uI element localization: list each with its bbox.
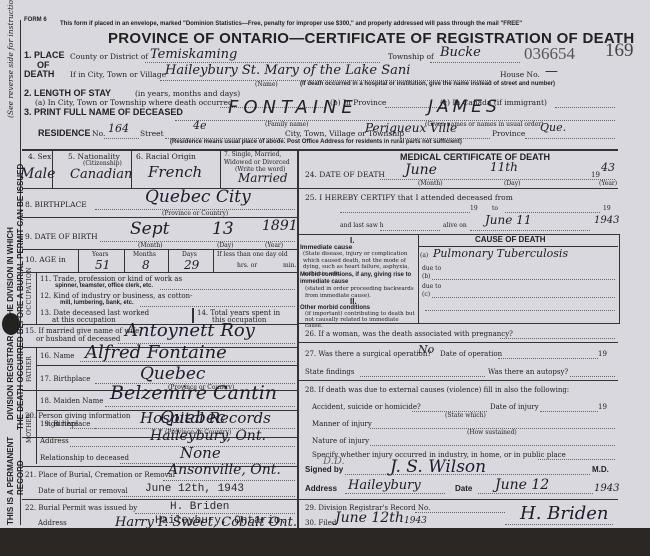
birthplace-caption: (Province or Country) — [162, 210, 228, 217]
given-names-value: JAMES — [428, 97, 501, 117]
age-years-value: 51 — [95, 258, 110, 272]
spouse-value: Antoynett Roy — [125, 320, 255, 341]
burial-place-label: 21. Place of Burial, Cremation or Remova… — [25, 471, 175, 479]
city-value: Haileybury St. Mary of the Lake Sani — [165, 63, 410, 78]
stamp-number: 169 — [605, 40, 634, 62]
city-label: If in City, Town or Village — [70, 70, 166, 79]
family-name-value: FONTAINE — [228, 97, 358, 118]
place-death-label: DEATH — [24, 69, 54, 79]
house-value: — — [545, 64, 558, 79]
industry-sub: mill, lumbering, bank, etc. — [60, 300, 134, 306]
physician-address-label: Address — [305, 484, 337, 493]
burial-place-value: Ansonville, Ont. — [168, 462, 281, 478]
signed-date-label: Date — [455, 484, 472, 493]
due-to-1: due to — [422, 265, 441, 272]
surgery-label: 27. Was there a surgical operation? — [305, 350, 431, 358]
residence-no-label: No. — [92, 129, 105, 138]
permanent-record-line1: THIS IS A PERMANENT — [6, 437, 15, 525]
burial-permit-label: 22. Burial Permit was issued by — [25, 504, 137, 512]
trade-label: 11. Trade, profession or kind of work as — [40, 275, 182, 283]
signed-date-value: June 12 — [495, 477, 549, 493]
dob-day-value: 13 — [212, 219, 234, 239]
sex-value: Male — [20, 166, 55, 182]
occupation-section-label: OCCUPATION — [26, 267, 33, 315]
dob-label: 9. DATE OF BIRTH — [25, 232, 98, 241]
age-years-label: Years — [92, 251, 109, 258]
alive-on-value: June 11 — [485, 213, 531, 227]
father-birthplace-value: Quebec — [140, 364, 205, 384]
operation-year-prefix: 19 — [598, 350, 607, 358]
autopsy-label: Was there an autopsy? — [488, 368, 568, 376]
external-causes-label: 28. If death was due to external causes … — [305, 386, 569, 394]
relationship-value: None — [180, 444, 221, 462]
other-conditions-desc: (if important) contributing to death but… — [305, 311, 417, 329]
racial-origin-value: French — [148, 163, 202, 181]
filed-label: 30. Filed — [305, 519, 336, 527]
residence-city-value: Perigueux Ville — [365, 121, 457, 135]
dob-year-caption: (Year) — [265, 242, 283, 249]
burial-date-label: Date of burial or removal — [38, 487, 128, 495]
mail-notice: This form if placed in an envelope, mark… — [60, 21, 522, 27]
age-months-label: Months — [133, 251, 156, 258]
nature-label: Nature of injury — [312, 437, 369, 445]
residence-label: RESIDENCE — [38, 128, 91, 138]
surgery-value: No — [418, 343, 434, 356]
filed-value: June 12th — [335, 510, 404, 526]
accident-label: Accident, suicide or homicide? — [312, 403, 421, 411]
father-name-value: Alfred Fontaine — [85, 342, 227, 363]
injury-year-prefix: 19 — [598, 403, 607, 411]
form-number: FORM 6 — [24, 17, 47, 23]
immediate-cause-value: Pulmonary Tuberculosis — [433, 247, 568, 260]
dod-month-caption: (Month) — [418, 180, 443, 187]
certificate-number: 036654 — [524, 44, 575, 64]
length-of-stay-label: 2. LENGTH OF STAY — [24, 88, 111, 98]
signed-by-label: Signed by — [305, 465, 343, 474]
less-than-day-label: If less than one day old — [217, 251, 288, 258]
filed-year: 1943 — [404, 516, 427, 526]
binder-hole — [2, 313, 20, 335]
certify-label: 25. I HEREBY CERTIFY that I attended dec… — [305, 193, 513, 202]
age-months-value: 8 — [142, 258, 150, 272]
township-label: Township of — [388, 52, 434, 61]
stay-a-label: (a) In City, Town or Township where deat… — [35, 98, 233, 107]
date-worked-sub: at this occupation — [52, 316, 116, 324]
due-to-2: due to — [422, 283, 441, 290]
signed-by-value: J. S. Wilson — [390, 457, 486, 477]
racial-origin-label: 6. Racial Origin — [136, 152, 196, 161]
hrs-label: hrs. or — [237, 262, 257, 269]
morbid-conditions-desc: (stated in order proceeding backwards fr… — [305, 286, 415, 299]
dod-day-value: 11th — [490, 160, 518, 174]
relationship-label: Relationship to deceased — [40, 454, 129, 462]
undertaker-value: Harry P. Sweet, Cobalt Ont. — [115, 515, 297, 530]
cause-of-death-title: CAUSE OF DEATH — [475, 235, 546, 244]
column-divider — [297, 150, 299, 528]
name-caption: (Name) — [255, 81, 278, 88]
industry-label: 12. Kind of industry or business, as cot… — [40, 292, 192, 300]
burial-permit-value: H. Briden — [170, 501, 229, 513]
date-of-death-label: 24. DATE OF DEATH — [305, 170, 385, 179]
informant-label: 20. Person giving information — [25, 412, 130, 420]
alive-on-year: 1943 — [594, 215, 619, 226]
informant-sub: sign here — [45, 420, 78, 428]
medical-certificate-title: MEDICAL CERTIFICATE OF DEATH — [400, 152, 550, 162]
dod-day-caption: (Day) — [504, 180, 520, 187]
min-label: min. — [283, 262, 296, 269]
certify-19-b: 19 — [603, 205, 611, 212]
alive-on-label: alive on — [443, 222, 467, 229]
county-label: County or District of — [70, 52, 148, 61]
informant-value: Hospital Records — [140, 409, 271, 427]
mother-maiden-value: Belzemire Cantin — [110, 382, 277, 404]
sex-label: 4. Sex — [28, 152, 51, 161]
md-label: M.D. — [592, 465, 609, 474]
father-name-label: 16. Name — [40, 352, 74, 360]
house-label: House No. — [500, 70, 540, 79]
dod-year-value: 43 — [601, 161, 615, 174]
death-certificate: (See reverse side for instructions) THIS… — [0, 0, 650, 530]
street-label: Street — [140, 129, 164, 138]
informant-address-label: Address — [40, 437, 69, 445]
trade-sub: spinner, teamster, office clerk, etc. — [55, 283, 153, 289]
mother-maiden-label: 18. Maiden Name — [40, 397, 103, 405]
full-name-label: 3. PRINT FULL NAME OF DECEASED — [24, 107, 183, 117]
injury-date-label: Date of injury — [490, 403, 539, 411]
manner-label: Manner of injury — [312, 420, 372, 428]
residence-note: (Residence means usual place of abode. P… — [170, 139, 462, 145]
county-value: Temiskaming — [150, 47, 237, 62]
burial-date-value: June 12th, 1943 — [145, 483, 244, 495]
operation-date-label: Date of operation — [440, 350, 502, 358]
dob-day-caption: (Day) — [217, 242, 233, 249]
spouse-label: 15. If married give name of wife — [25, 327, 139, 335]
dob-month-value: Sept — [130, 219, 169, 239]
signed-date-year: 1943 — [594, 483, 619, 494]
dod-year-caption: (Year) — [599, 180, 617, 187]
physician-address-value: Haileybury — [348, 478, 421, 493]
dob-year-value: 1891 — [262, 218, 298, 234]
township-value: Bucke — [440, 45, 481, 60]
birthplace-label: 8. BIRTHPLACE — [25, 200, 87, 209]
state-which-caption: (State which) — [445, 412, 486, 419]
father-birthplace-label: 17. Birthplace — [40, 375, 90, 383]
last-saw-label: and last saw h — [340, 222, 384, 229]
father-section-label: FATHER — [26, 356, 33, 382]
pregnancy-label: 26. If a woman, was the death associated… — [305, 330, 513, 338]
hospital-note: (If death occurred in a hospital or inst… — [300, 81, 555, 87]
age-days-label: Days — [182, 251, 197, 258]
cause-a-prefix: (a) — [420, 252, 428, 259]
permit-address-label: Address — [38, 519, 67, 527]
marital-status-value: Married — [238, 171, 288, 185]
age-label: 10. AGE in — [25, 255, 66, 264]
immediate-cause-label: Immediate cause — [300, 244, 352, 251]
side-note: (See reverse side for instructions) — [6, 0, 15, 118]
residence-no-value: 164 — [108, 122, 129, 135]
cause-c-prefix: (c) — [422, 291, 430, 298]
registrar-signature: H. Briden — [520, 503, 609, 524]
place-label: 1. PLACE — [24, 50, 65, 60]
dod-year-prefix: 19 — [591, 171, 600, 179]
length-of-stay-sub: (in years, months and days) — [135, 89, 240, 98]
age-days-value: 29 — [184, 258, 199, 272]
nationality-value: Canadian — [70, 167, 132, 182]
morbid-conditions-label: Morbid conditions, if any, giving rise t… — [300, 272, 415, 286]
dod-month-value: June — [405, 162, 437, 178]
certify-to-label: to — [492, 205, 498, 212]
findings-label: State findings — [305, 368, 354, 376]
marital-status-label: 7. Single, Married, Widowed or Divorced — [224, 151, 294, 167]
certify-19-a: 19 — [470, 205, 478, 212]
how-sustained-caption: (How sustained) — [467, 429, 517, 436]
informant-address-value: Haileybury, Ont. — [150, 428, 266, 444]
nationality-caption: (Citizenship) — [83, 160, 122, 167]
dob-month-caption: (Month) — [138, 242, 163, 249]
family-name-caption: (Family name) — [265, 121, 309, 128]
street-value: 4e — [193, 119, 207, 132]
cause-b-prefix: (b) — [422, 273, 431, 280]
birthplace-value: Quebec City — [145, 187, 251, 207]
province-label: Province — [492, 129, 525, 138]
province-value: Que. — [540, 121, 566, 134]
scan-border-bottom — [0, 528, 650, 556]
